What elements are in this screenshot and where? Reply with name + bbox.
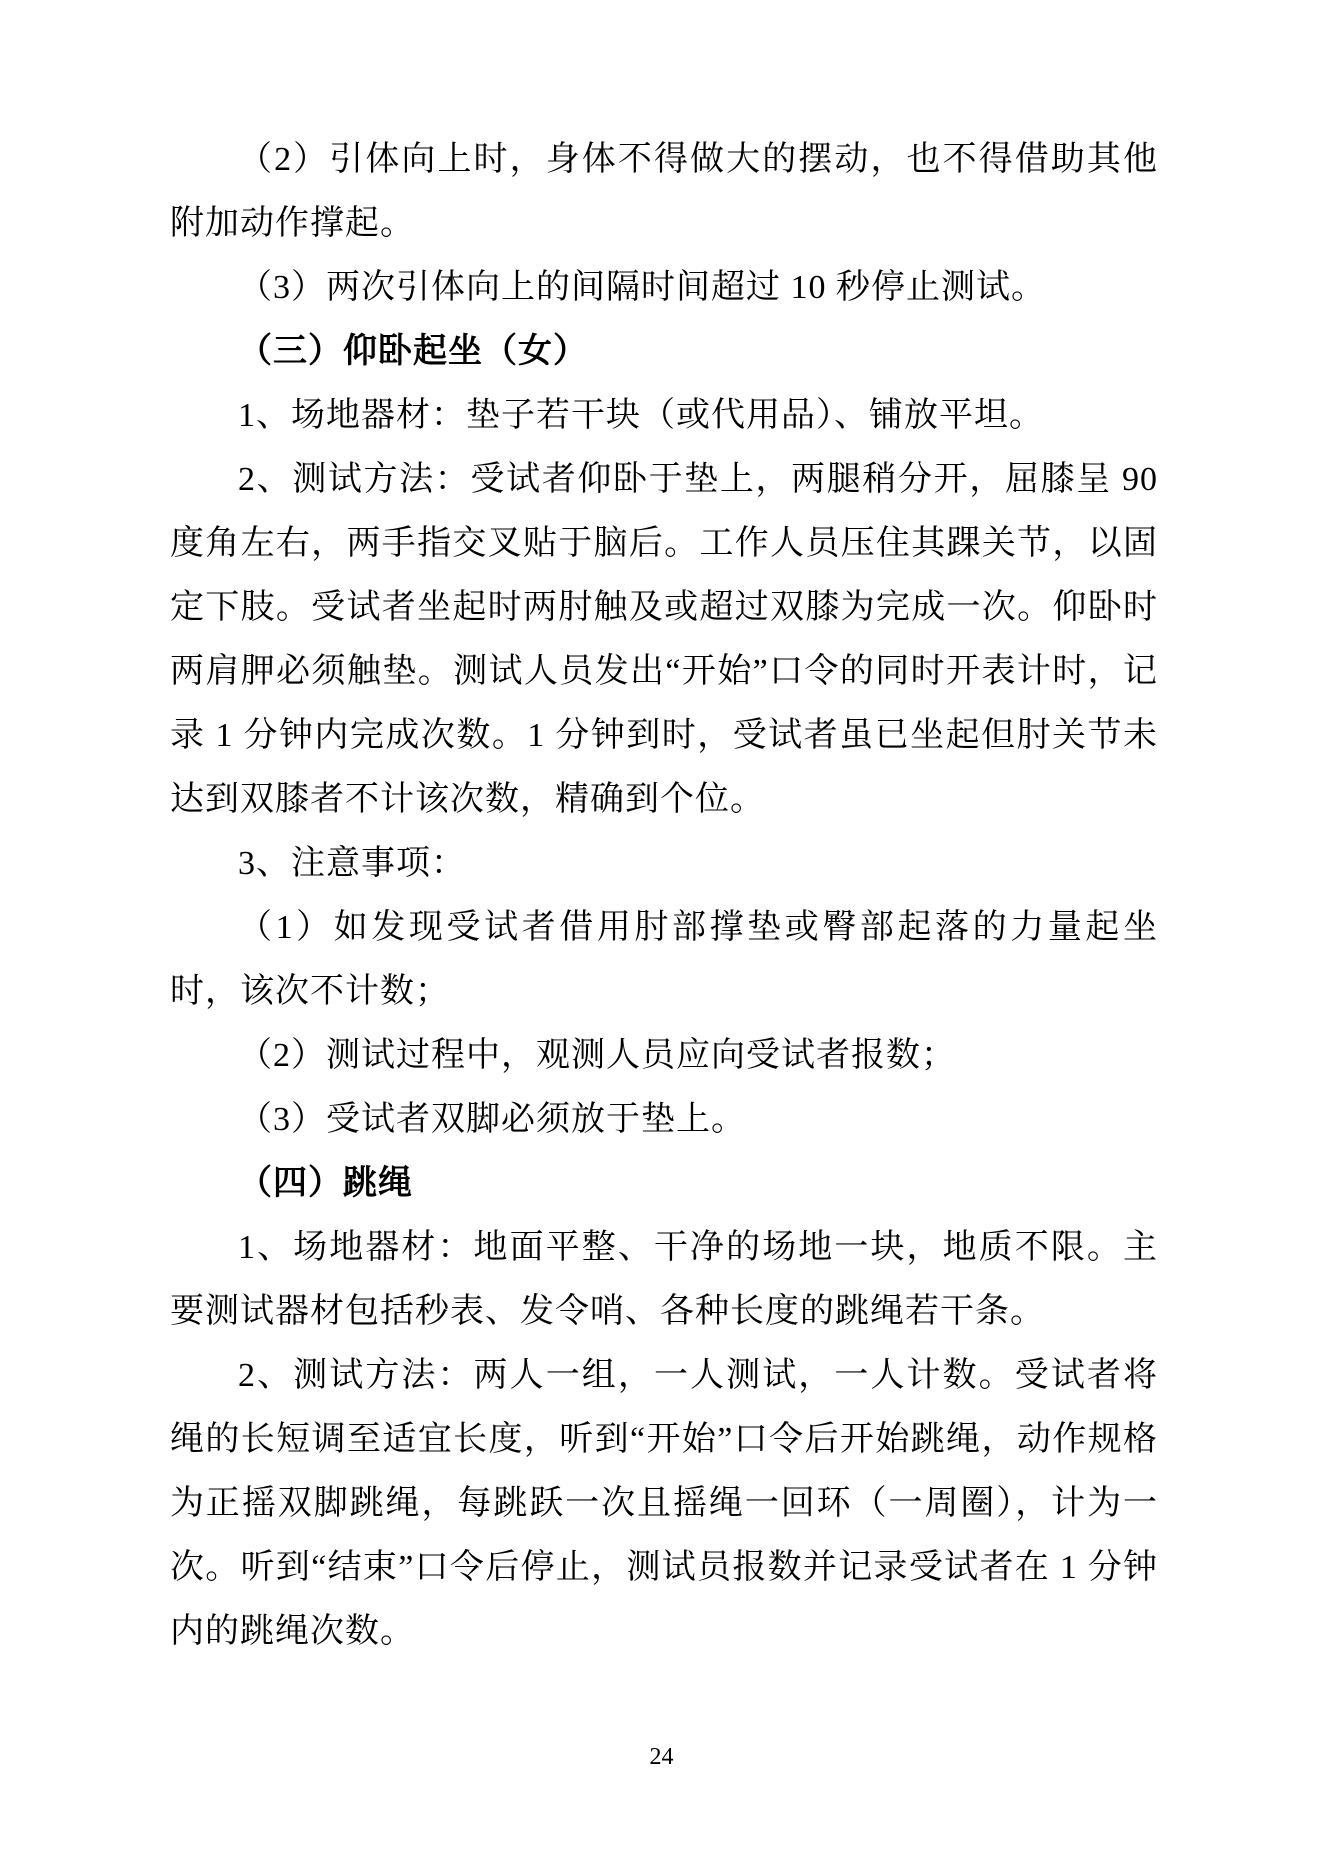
- section-heading: （四）跳绳: [170, 1152, 1158, 1216]
- paragraph: （1）如发现受试者借用肘部撑垫或臀部起落的力量起坐时，该次不计数；: [170, 896, 1158, 1024]
- paragraph: 1、场地器材：地面平整、干净的场地一块，地质不限。主要测试器材包括秒表、发令哨、…: [170, 1216, 1158, 1344]
- paragraph: （3）两次引体向上的间隔时间超过 10 秒停止测试。: [170, 256, 1158, 320]
- page-number: 24: [0, 1742, 1323, 1772]
- paragraph: （2）测试过程中，观测人员应向受试者报数；: [170, 1024, 1158, 1088]
- document-page: （2）引体向上时，身体不得做大的摆动，也不得借助其他附加动作撑起。（3）两次引体…: [0, 0, 1323, 1871]
- paragraph: 3、注意事项：: [170, 832, 1158, 896]
- section-heading: （三）仰卧起坐（女）: [170, 320, 1158, 384]
- paragraph: 2、测试方法：受试者仰卧于垫上，两腿稍分开，屈膝呈 90 度角左右，两手指交叉贴…: [170, 448, 1158, 832]
- paragraph: （2）引体向上时，身体不得做大的摆动，也不得借助其他附加动作撑起。: [170, 128, 1158, 256]
- document-body: （2）引体向上时，身体不得做大的摆动，也不得借助其他附加动作撑起。（3）两次引体…: [170, 128, 1158, 1664]
- paragraph: （3）受试者双脚必须放于垫上。: [170, 1088, 1158, 1152]
- paragraph: 1、场地器材：垫子若干块（或代用品）、铺放平坦。: [170, 384, 1158, 448]
- paragraph: 2、测试方法：两人一组，一人测试，一人计数。受试者将绳的长短调至适宜长度，听到“…: [170, 1344, 1158, 1664]
